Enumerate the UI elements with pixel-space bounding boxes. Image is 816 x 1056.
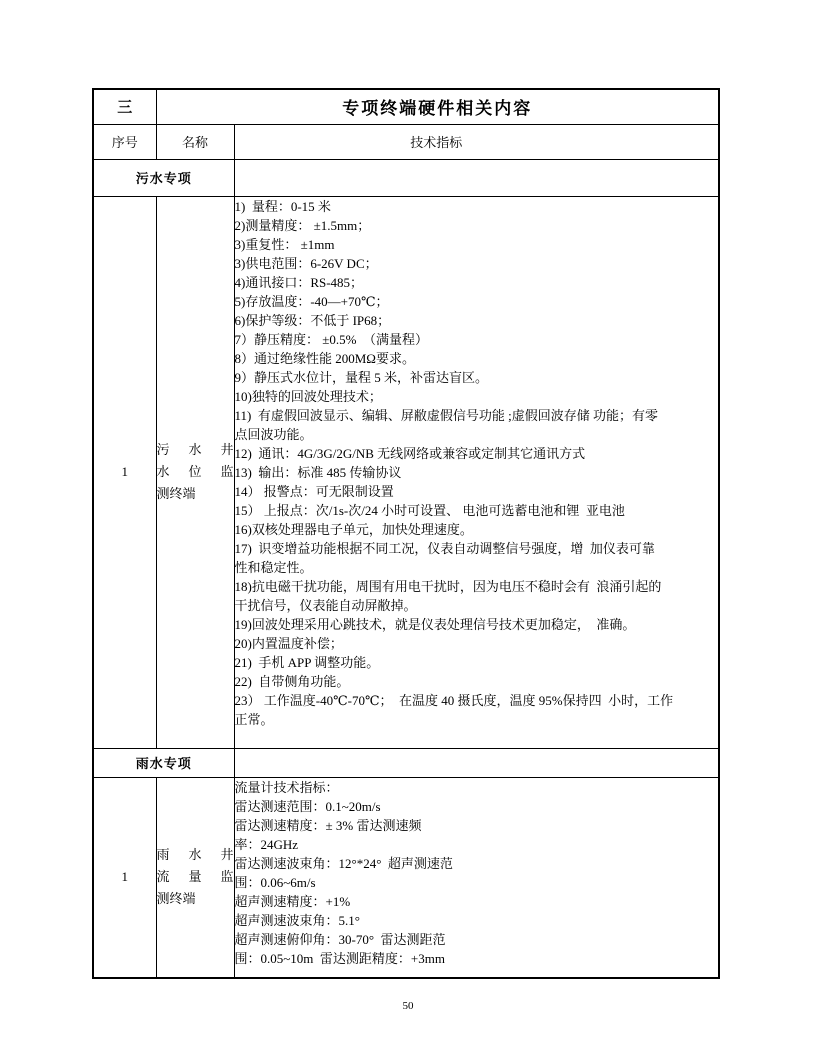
- text-line: 率：24GHz: [235, 835, 719, 854]
- text-line: 20)内置温度补偿；: [235, 634, 719, 653]
- device-spec-cell: 流量计技术指标：雷达测速范围：0.1~20m/s雷达测速精度：± 3% 雷达测速…: [234, 777, 719, 978]
- text-line: 13) 输出：标准 485 传输协议: [235, 463, 719, 482]
- spec-table: 三 专项终端硬件相关内容 序号 名称 技术指标 污水专项 1 污 水 井水 位 …: [92, 88, 720, 979]
- text-line: 9）静压式水位计，量程 5 米，补雷达盲区。: [235, 368, 719, 387]
- section-row-sewage: 污水专项: [93, 159, 719, 196]
- seq-cell: 1: [93, 196, 156, 748]
- text-line: 点回波功能。: [235, 425, 719, 444]
- text-line: 15） 上报点：次/1s-次/24 小时可设置、 电池可选蓄电池和锂 亚电池: [235, 501, 719, 520]
- text-line: 围：0.06~6m/s: [235, 873, 719, 892]
- header-seq: 序号: [93, 124, 156, 159]
- text-line: 流量计技术指标：: [235, 778, 719, 797]
- text-line: 8）通过绝缘性能 200MΩ要求。: [235, 349, 719, 368]
- text-line: 6)保护等级：不低于 IP68；: [235, 311, 719, 330]
- section-row-rainwater: 雨水专项: [93, 748, 719, 777]
- table-row-sewage-device: 1 污 水 井水 位 监测终端 1) 量程：0-15 米2)测量精度： ±1.5…: [93, 196, 719, 748]
- text-line: 10)独特的回波处理技术；: [235, 387, 719, 406]
- text-line: 21) 手机 APP 调整功能。: [235, 653, 719, 672]
- device-spec-cell: 1) 量程：0-15 米2)测量精度： ±1.5mm；3)重复性： ±1mm3)…: [234, 196, 719, 748]
- text-line: 4)通讯接口：RS-485；: [235, 273, 719, 292]
- table-row-rainwater-device: 1 雨 水 井流 量 监测终端 流量计技术指标：雷达测速范围：0.1~20m/s…: [93, 777, 719, 978]
- page-number: 50: [0, 1000, 816, 1012]
- text-line: 14） 报警点：可无限制设置: [235, 482, 719, 501]
- text-line: 测终端: [157, 888, 234, 910]
- text-line: 雷达测速范围：0.1~20m/s: [235, 797, 719, 816]
- text-line: 11) 有虚假回波显示、编辑、屏敝虚假信号功能 ;虚假回波存储 功能；有零: [235, 406, 719, 425]
- section-empty-cell: [234, 748, 719, 777]
- text-line: 流 量 监: [157, 866, 234, 888]
- text-line: 18)抗电磁干扰功能，周围有用电干扰时，因为电压不稳时会有 浪涌引起的: [235, 577, 719, 596]
- text-line: 12) 通讯：4G/3G/2G/NB 无线网络或兼容或定制其它通讯方式: [235, 444, 719, 463]
- table-title-cell: 专项终端硬件相关内容: [156, 89, 719, 124]
- text-line: 污 水 井: [157, 439, 234, 461]
- text-line: 干扰信号，仪表能自动屏敝掉。: [235, 596, 719, 615]
- text-line: 19)回波处理采用心跳技术，就是仪表处理信号技术更加稳定， 准确。: [235, 615, 719, 634]
- section-label-sewage: 污水专项: [93, 159, 234, 196]
- section-empty-cell: [234, 159, 719, 196]
- text-line: 3)重复性： ±1mm: [235, 235, 719, 254]
- text-line: 超声测速波束角：5.1°: [235, 911, 719, 930]
- section-index-cell: 三: [93, 89, 156, 124]
- text-line: 超声测速俯仰角：30-70° 雷达测距范: [235, 930, 719, 949]
- seq-cell: 1: [93, 777, 156, 978]
- section-label-rainwater: 雨水专项: [93, 748, 234, 777]
- text-line: 1) 量程：0-15 米: [235, 197, 719, 216]
- device-name-cell: 污 水 井水 位 监测终端: [156, 196, 234, 748]
- table-title-row: 三 专项终端硬件相关内容: [93, 89, 719, 124]
- text-line: 雷达测速波束角：12°*24° 超声测速范: [235, 854, 719, 873]
- text-line: 16)双核处理器电子单元，加快处理速度。: [235, 520, 719, 539]
- text-line: 雨 水 井: [157, 844, 234, 866]
- header-name: 名称: [156, 124, 234, 159]
- document-page: 三 专项终端硬件相关内容 序号 名称 技术指标 污水专项 1 污 水 井水 位 …: [0, 0, 816, 1056]
- text-line: 测终端: [157, 483, 234, 505]
- header-spec: 技术指标: [234, 124, 719, 159]
- text-line: 7）静压精度： ±0.5% （满量程）: [235, 330, 719, 349]
- text-line: 正常。: [235, 710, 719, 729]
- text-line: 23） 工作温度-40℃-70℃； 在温度 40 摄氏度，温度 95%保持四 小…: [235, 691, 719, 710]
- text-line: 22) 自带侧角功能。: [235, 672, 719, 691]
- text-line: 3)供电范围：6-26V DC；: [235, 254, 719, 273]
- text-line: 2)测量精度： ±1.5mm；: [235, 216, 719, 235]
- text-line: 17) 识变增益功能根据不同工况，仪表自动调整信号强度，增 加仪表可靠: [235, 539, 719, 558]
- device-name-cell: 雨 水 井流 量 监测终端: [156, 777, 234, 978]
- table-header-row: 序号 名称 技术指标: [93, 124, 719, 159]
- text-line: 性和稳定性。: [235, 558, 719, 577]
- text-line: 围：0.05~10m 雷达测距精度：+3mm: [235, 949, 719, 968]
- text-line: 水 位 监: [157, 461, 234, 483]
- text-line: 雷达测速精度：± 3% 雷达测速频: [235, 816, 719, 835]
- text-line: 超声测速精度：+1%: [235, 892, 719, 911]
- text-line: 5)存放温度：-40—+70℃；: [235, 292, 719, 311]
